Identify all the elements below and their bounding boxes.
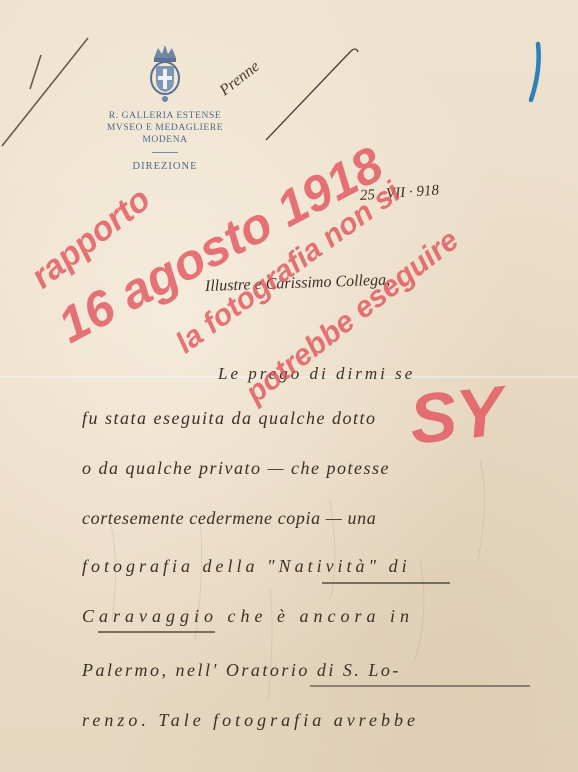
letter-line-4: cortesemente cedermene copia — una [82, 508, 376, 529]
letterhead-line-2: MVSEO E MEDAGLIERE [105, 122, 225, 134]
letterhead-rule [152, 152, 178, 153]
letter-line-6: Caravaggio che è ancora in [82, 606, 414, 627]
letterhead: R. GALLERIA ESTENSE MVSEO E MEDAGLIERE M… [105, 42, 225, 173]
letterhead-department: DIREZIONE [105, 161, 225, 173]
letterhead-line-3: MODENA [105, 134, 225, 146]
letter-line-5: fotografia della "Natività" di [82, 556, 411, 577]
letter-line-2: fu stata eseguita da qualche dotto [82, 408, 376, 429]
pencil-short-stroke [30, 55, 41, 89]
letter-line-8: renzo. Tale fotografia avrebbe [82, 710, 419, 731]
pencil-diagonal-stroke [2, 38, 88, 146]
letter-line-3: o da qualche privato — che potesse [82, 458, 390, 479]
savoy-cross-crest-icon [146, 42, 184, 106]
pencil-underline-stroke [266, 49, 358, 140]
red-annotation-initials: SY [406, 370, 507, 459]
letterhead-line-1: R. GALLERIA ESTENSE [105, 110, 225, 122]
blue-pencil-mark [531, 44, 539, 100]
letter-line-7: Palermo, nell' Oratorio di S. Lo- [82, 660, 401, 681]
